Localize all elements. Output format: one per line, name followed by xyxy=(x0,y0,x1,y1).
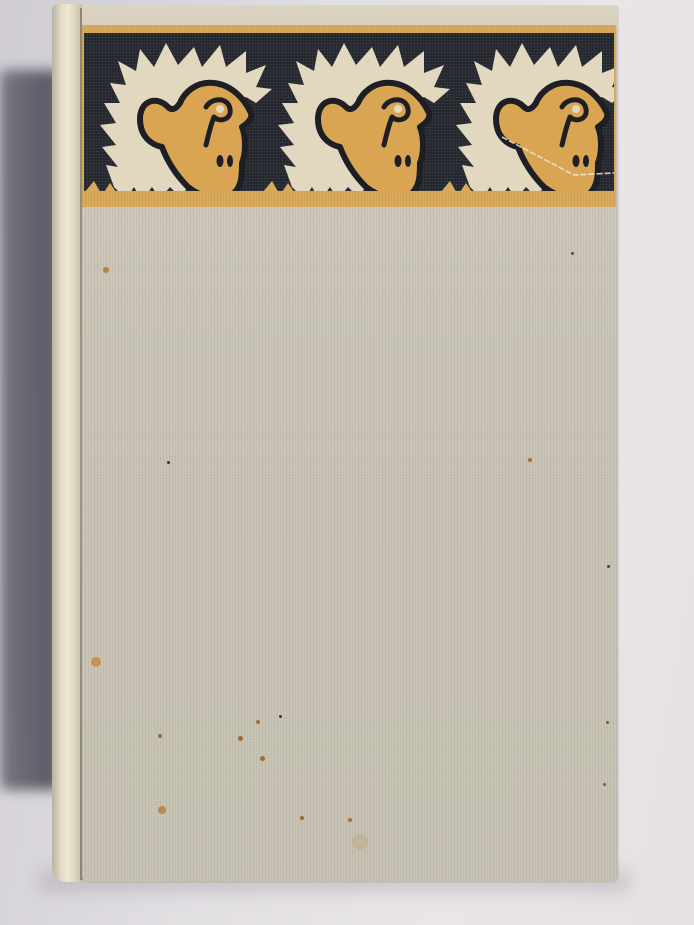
decorative-band xyxy=(84,33,614,191)
stain-spot xyxy=(606,721,609,724)
stain-spot xyxy=(167,461,170,464)
book-front-cover xyxy=(82,5,618,882)
stain-spot xyxy=(528,458,532,462)
stain-spot xyxy=(300,816,304,820)
head-1 xyxy=(100,43,272,191)
stain-spot xyxy=(238,736,243,741)
head-2 xyxy=(278,43,450,191)
stain-spot xyxy=(279,715,282,718)
stain-spot xyxy=(256,720,260,724)
stain-spot xyxy=(103,267,109,273)
decorative-band-frame xyxy=(82,25,616,207)
book-shadow-left xyxy=(0,70,60,790)
stain-spot xyxy=(571,252,574,255)
head-3 xyxy=(456,43,614,191)
book-photo-scene xyxy=(0,0,694,925)
stain-spot xyxy=(352,834,368,850)
three-heads-illustration xyxy=(84,33,614,191)
cover-top-margin xyxy=(82,5,618,27)
stain-spot xyxy=(91,657,101,667)
stain-spot xyxy=(260,756,265,761)
stain-spot xyxy=(158,734,162,738)
stain-spot xyxy=(158,806,166,814)
stain-spot xyxy=(348,818,352,822)
stain-spot xyxy=(603,783,606,786)
stain-spot xyxy=(607,565,610,568)
